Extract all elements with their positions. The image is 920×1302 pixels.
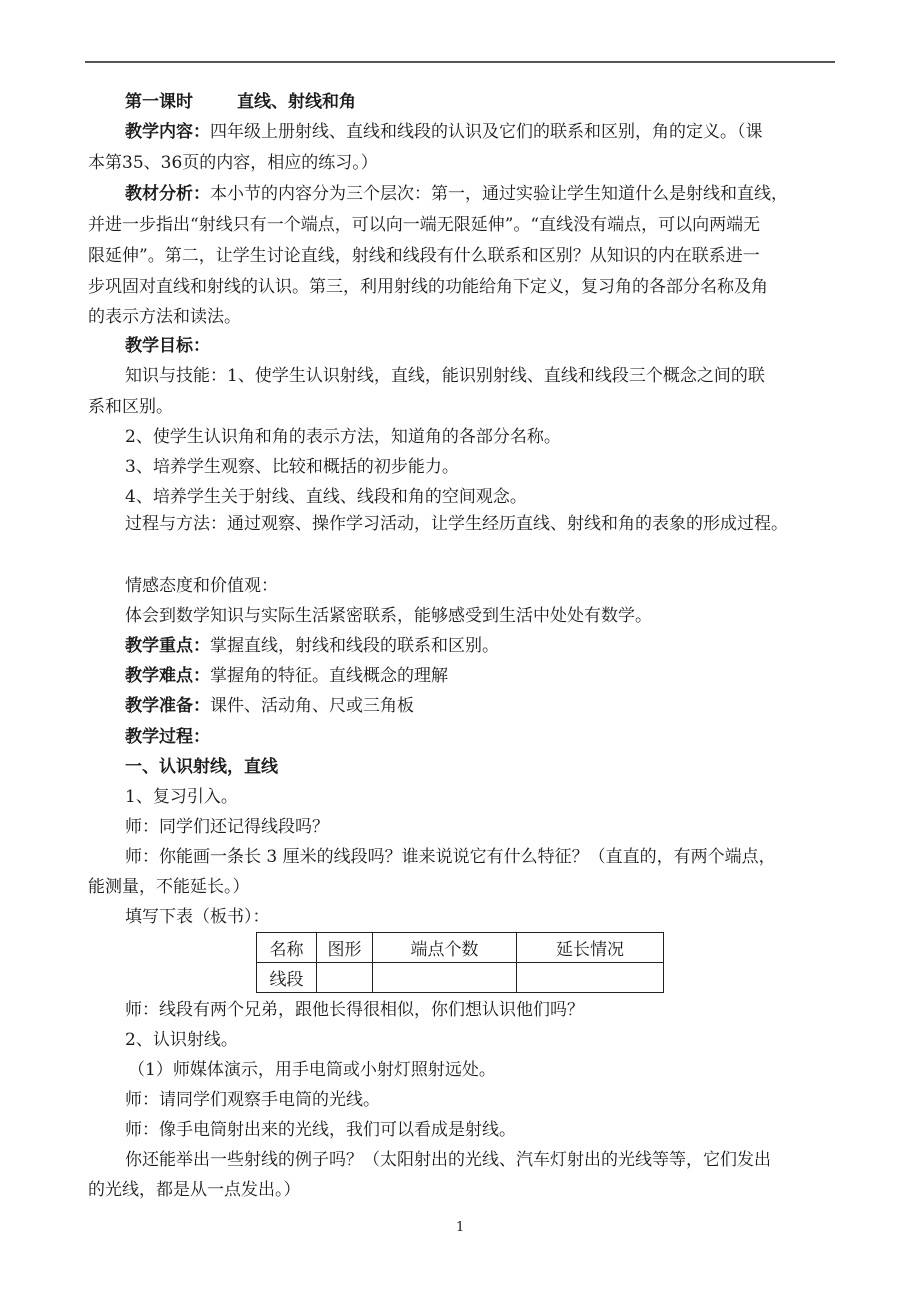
step-1: 1、复习引入。 <box>125 787 238 807</box>
preparation-label: 教学准备： <box>125 696 210 716</box>
key-point-text: 掌握直线，射线和线段的联系和区别。 <box>210 636 499 656</box>
preparation-text: 课件、活动角、尺或三角板 <box>210 696 414 716</box>
board-table: 名称 图形 端点个数 延长情况 线段 <box>256 932 664 993</box>
teacher-line-cont: 能测量，不能延长。） <box>88 877 250 897</box>
goals-heading: 教学目标： <box>125 336 210 356</box>
teacher-question-cont: 的光线，都是从一点发出。） <box>88 1180 301 1200</box>
analysis-text-cont: 的表示方法和读法。 <box>88 307 241 327</box>
fill-table-instruction: 填写下表（板书）： <box>125 907 270 927</box>
header-rule <box>85 61 835 63</box>
teacher-line: 师：你能画一条长 3 厘米的线段吗？谁来说说它有什么特征？（直直的，有两个端点， <box>125 847 776 867</box>
page-number: 1 <box>456 1220 464 1235</box>
goal-knowledge-cont: 系和区别。 <box>88 397 173 417</box>
goal-attitude-label: 情感态度和价值观： <box>125 576 278 596</box>
analysis-text-cont: 步巩固对直线和射线的认识。第三，利用射线的功能给角下定义，复习角的各部分名称及角 <box>88 277 768 297</box>
table-cell <box>317 963 373 993</box>
lesson-number: 第一课时 <box>125 92 193 112</box>
process-heading: 教学过程： <box>125 727 210 747</box>
table-header: 图形 <box>317 933 373 963</box>
content-text: 四年级上册射线、直线和线段的认识及它们的联系和区别，角的定义。（课 <box>210 122 763 142</box>
section-heading: 一、认识射线，直线 <box>125 757 278 777</box>
teacher-line: 师：请同学们观察手电筒的光线。 <box>125 1090 380 1110</box>
table-header-row: 名称 图形 端点个数 延长情况 <box>257 933 664 963</box>
goal-item-4: 4、培养学生关于射线、直线、线段和角的空间观念。 <box>125 487 527 507</box>
step-2: 2、认识射线。 <box>125 1030 238 1050</box>
key-point-label: 教学重点： <box>125 636 210 656</box>
table-cell <box>373 963 517 993</box>
goal-item-2: 2、使学生认识角和角的表示方法，知道角的各部分名称。 <box>125 427 561 447</box>
table-row: 线段 <box>257 963 664 993</box>
key-point: 教学重点：掌握直线，射线和线段的联系和区别。 <box>125 636 499 656</box>
table-cell <box>517 963 664 993</box>
lesson-topic: 直线、射线和角 <box>237 92 356 112</box>
table-header: 端点个数 <box>373 933 517 963</box>
difficulty: 教学难点：掌握角的特征。直线概念的理解 <box>125 666 448 686</box>
teacher-line: 师：像手电筒射出来的光线，我们可以看成是射线。 <box>125 1120 516 1140</box>
analysis-text-cont: 并进一步指出“射线只有一个端点，可以向一端无限延伸”。“直线没有端点，可以向两端… <box>88 215 760 235</box>
goal-attitude: 体会到数学知识与实际生活紧密联系，能够感受到生活中处处有数学。 <box>125 606 652 626</box>
teacher-line: 师：线段有两个兄弟，跟他长得很相似，你们想认识他们吗？ <box>125 1000 584 1020</box>
analysis-paragraph: 教材分析：本小节的内容分为三个层次：第一，通过实验让学生知道什么是射线和直线， <box>125 184 788 204</box>
content-text-cont: 本第35、36页的内容，相应的练习。） <box>88 153 378 173</box>
goal-process: 过程与方法：通过观察、操作学习活动，让学生经历直线、射线和角的表象的形成过程。 <box>125 514 788 534</box>
goal-item-3: 3、培养学生观察、比较和概括的初步能力。 <box>125 457 459 477</box>
analysis-text-cont: 限延伸”。第二，让学生讨论直线，射线和线段有什么联系和区别？从知识的内在联系进一 <box>88 246 760 266</box>
difficulty-text: 掌握角的特征。直线概念的理解 <box>210 666 448 686</box>
lesson-title: 第一课时直线、射线和角 <box>125 92 356 112</box>
goal-knowledge: 知识与技能：1、使学生认识射线，直线，能识别射线、直线和线段三个概念之间的联 <box>125 366 765 386</box>
preparation: 教学准备：课件、活动角、尺或三角板 <box>125 696 414 716</box>
content-label: 教学内容： <box>125 122 210 142</box>
difficulty-label: 教学难点： <box>125 666 210 686</box>
content-paragraph: 教学内容：四年级上册射线、直线和线段的认识及它们的联系和区别，角的定义。（课 <box>125 122 763 142</box>
table-header: 延长情况 <box>517 933 664 963</box>
table-header: 名称 <box>257 933 317 963</box>
teacher-line: 师：同学们还记得线段吗？ <box>125 817 329 837</box>
table-cell: 线段 <box>257 963 317 993</box>
teacher-question: 你还能举出一些射线的例子吗？（太阳射出的光线、汽车灯射出的光线等等，它们发出 <box>125 1150 771 1170</box>
analysis-text: 本小节的内容分为三个层次：第一，通过实验让学生知道什么是射线和直线， <box>210 184 788 204</box>
analysis-label: 教材分析： <box>125 184 210 204</box>
sub-step-1: （1）师媒体演示，用手电筒或小射灯照射远处。 <box>128 1060 496 1080</box>
